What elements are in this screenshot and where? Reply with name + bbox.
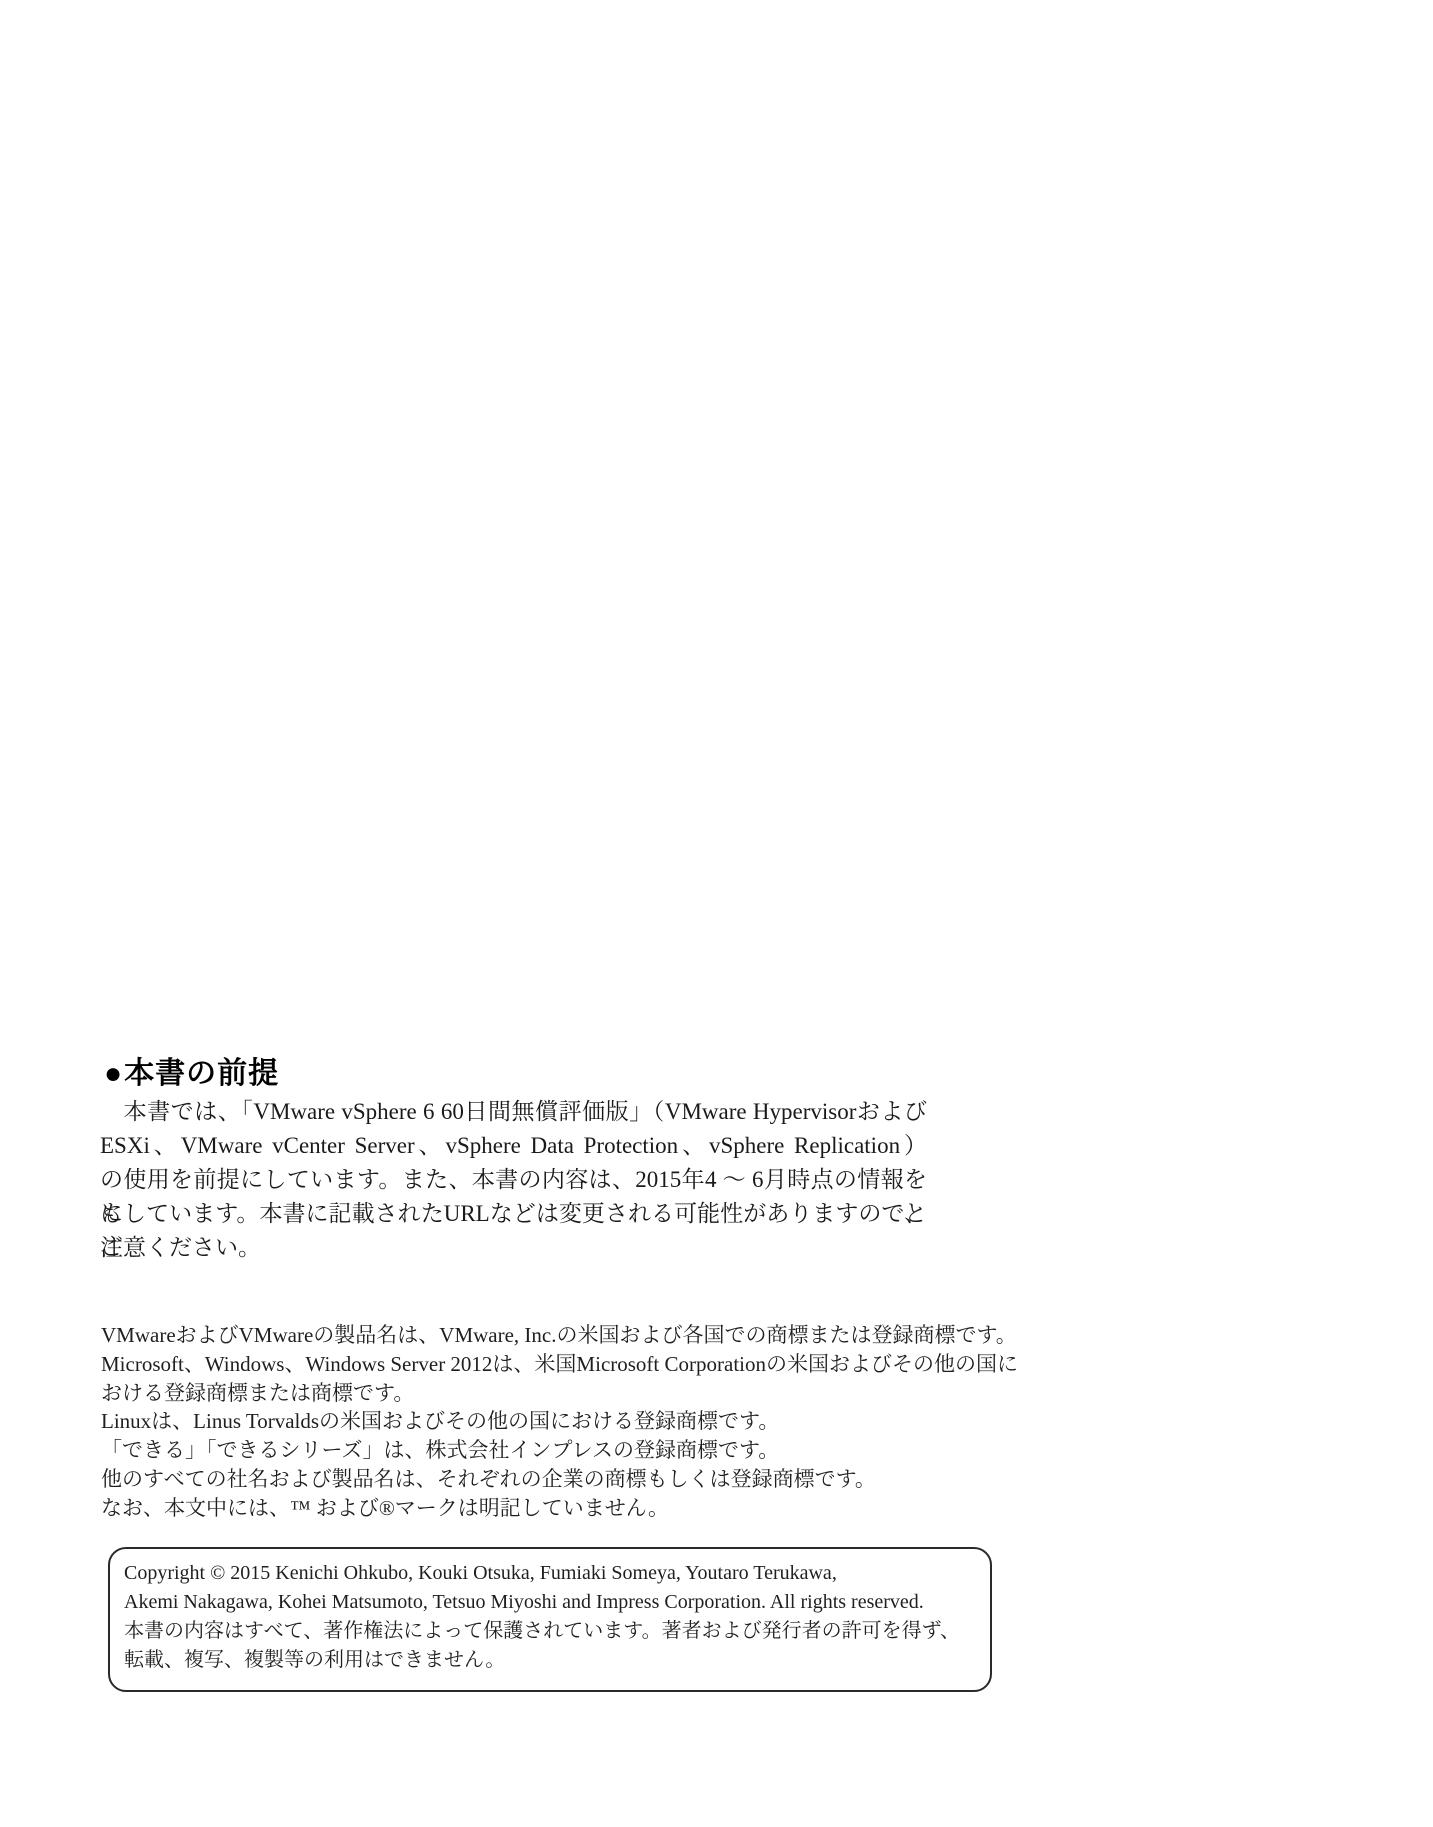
section-heading: ●本書の前提 (104, 1056, 279, 1092)
premise-line: にしています。本書に記載されたURLなどは変更される可能性がありますので、ご (100, 1197, 927, 1231)
premise-line: 本書では、「VMware vSphere 6 60日間無償評価版」（VMware… (100, 1095, 927, 1129)
copyright-line: 本書の内容はすべて、著作権法によって保護されています。著者および発行者の許可を得… (124, 1617, 976, 1646)
premise-line: の使用を前提にしています。また、本書の内容は、2015年4 ～ 6月時点の情報を… (100, 1163, 927, 1197)
copyright-line: Akemi Nakagawa, Kohei Matsumoto, Tetsuo … (124, 1588, 976, 1617)
copyright-line: 転載、複写、複製等の利用はできません。 (124, 1646, 976, 1675)
trademark-line: 他のすべての社名および製品名は、それぞれの企業の商標もしくは登録商標です。 (101, 1465, 1041, 1494)
copyright-box: Copyright © 2015 Kenichi Ohkubo, Kouki O… (108, 1547, 992, 1692)
trademark-line: Microsoft、Windows、Windows Server 2012は、米… (101, 1350, 1041, 1379)
section-heading-label: 本書の前提 (124, 1057, 279, 1090)
copyright-page: ●本書の前提 本書では、「VMware vSphere 6 60日間無償評価版」… (0, 0, 1433, 1827)
trademark-line: 「できる」「できるシリーズ」は、株式会社インプレスの登録商標です。 (101, 1436, 1041, 1465)
premise-line: ESXi、VMware vCenter Server、vSphere Data … (100, 1129, 927, 1163)
trademark-line: VMwareおよびVMwareの製品名は、VMware, Inc.の米国および各… (101, 1321, 1041, 1350)
trademark-line: Linuxは、Linus Torvaldsの米国およびその他の国における登録商標… (101, 1407, 1041, 1436)
copyright-line: Copyright © 2015 Kenichi Ohkubo, Kouki O… (124, 1559, 976, 1588)
premise-paragraph: 本書では、「VMware vSphere 6 60日間無償評価版」（VMware… (100, 1095, 927, 1265)
bullet-icon: ● (104, 1057, 123, 1090)
trademark-line: おける登録商標または商標です。 (101, 1379, 1041, 1408)
trademark-line: なお、本文中には、™ および®マークは明記していません。 (101, 1494, 1041, 1523)
premise-line: 注意ください。 (100, 1231, 927, 1265)
trademark-notices: VMwareおよびVMwareの製品名は、VMware, Inc.の米国および各… (101, 1321, 1041, 1523)
